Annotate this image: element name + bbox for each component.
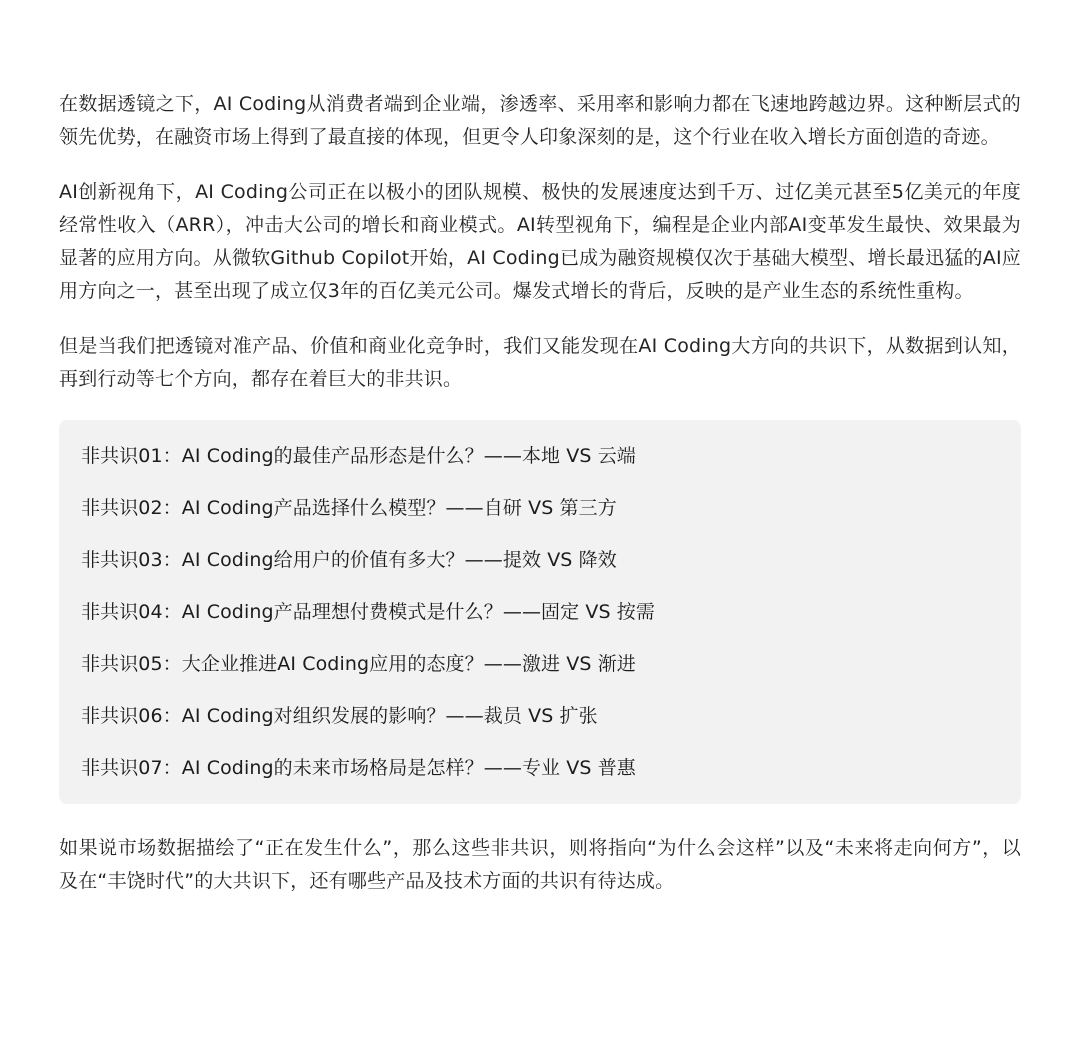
non-consensus-item-07: 非共识07：AI Coding的未来市场格局是怎样？——专业 VS 普惠 (81, 754, 999, 782)
non-consensus-item-02: 非共识02：AI Coding产品选择什么模型？——自研 VS 第三方 (81, 494, 999, 522)
article-body: 在数据透镜之下，AI Coding从消费者端到企业端，渗透率、采用率和影响力都在… (59, 88, 1021, 920)
non-consensus-item-01: 非共识01：AI Coding的最佳产品形态是什么？——本地 VS 云端 (81, 442, 999, 470)
non-consensus-item-04: 非共识04：AI Coding产品理想付费模式是什么？——固定 VS 按需 (81, 598, 999, 626)
non-consensus-item-03: 非共识03：AI Coding给用户的价值有多大？——提效 VS 降效 (81, 546, 999, 574)
paragraph-intro: 在数据透镜之下，AI Coding从消费者端到企业端，渗透率、采用率和影响力都在… (59, 88, 1021, 154)
non-consensus-item-05: 非共识05：大企业推进AI Coding应用的态度？——激进 VS 渐进 (81, 650, 999, 678)
paragraph-innovation: AI创新视角下，AI Coding公司正在以极小的团队规模、极快的发展速度达到千… (59, 176, 1021, 308)
non-consensus-item-06: 非共识06：AI Coding对组织发展的影响？——裁员 VS 扩张 (81, 702, 999, 730)
non-consensus-callout-box: 非共识01：AI Coding的最佳产品形态是什么？——本地 VS 云端 非共识… (59, 420, 1021, 804)
paragraph-closing: 如果说市场数据描绘了“正在发生什么”，那么这些非共识，则将指向“为什么会这样”以… (59, 832, 1021, 898)
paragraph-non-consensus-intro: 但是当我们把透镜对准产品、价值和商业化竞争时，我们又能发现在AI Coding大… (59, 330, 1021, 396)
